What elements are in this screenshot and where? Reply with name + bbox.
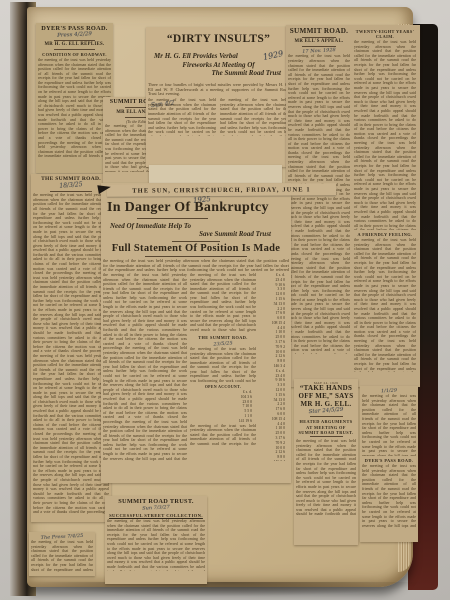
body-text: the meeting of the trust was held yester…: [296, 439, 356, 517]
body-text: the meeting of the trust was held yester…: [190, 424, 256, 446]
photograph-of-scrapbook: DYER'S PASS ROAD. Press 4/2/29 MR H. G. …: [0, 0, 450, 600]
body-text: the meeting of the trust was held yester…: [354, 238, 416, 372]
rule: [54, 40, 94, 41]
intro-paragraph: the meeting of the trust was held yester…: [103, 259, 289, 272]
crosshead: SUMMIT ROAD TRUST.: [296, 430, 356, 435]
clipping-subtitle: SUCCESSFUL STREET COLLECTION.: [107, 513, 205, 518]
clipping-subtitle: Full Statement Of Position Is Made: [103, 243, 289, 255]
body-text: the meeting of the trust was held yester…: [103, 273, 187, 461]
body-text: the meeting of the trust was held yester…: [354, 40, 416, 230]
body-text: the meeting of the trust was held yester…: [107, 519, 205, 571]
clipping-title: “DIRTY INSULTS”: [148, 33, 289, 46]
blank-newsprint-strip: [149, 165, 282, 185]
clipping-take-hands-off-me: MAY 24, 1929 “TAKE HANDS OFF ME,” SAYS M…: [294, 379, 358, 545]
rule: [172, 241, 220, 242]
body-text: the meeting of the trust was held yester…: [288, 54, 350, 354]
rule: [54, 49, 94, 50]
clipping-street-collection: SUMMIT ROAD TRUST. Sun 7/3/27 SUCCESSFUL…: [105, 496, 207, 584]
rule: [302, 37, 336, 38]
figures-column: £ s. d. 104 3 6 23 0 0 7 10 0 5 5 0 1 1 …: [190, 390, 256, 424]
crosshead: HEATED ARGUMENTS: [296, 419, 356, 424]
body-text: the meeting of the trust was held yester…: [148, 98, 216, 136]
rule: [145, 256, 247, 257]
body-text: the meeting of the trust was held yester…: [362, 464, 416, 528]
deck-line: Save Summit Road Trust: [103, 230, 289, 239]
rule: [310, 436, 343, 437]
clipping-subtitle: MR ELL'S APPEAL.: [288, 39, 350, 44]
crosshead: TWENTY-EIGHT YEARS' CLAIM.: [354, 29, 416, 39]
masthead-text: THE SUN, CHRISTCHURCH, FRIDAY, JUNE 1: [132, 186, 311, 194]
clipping-subtitle: MR H. G. ELL REPLIES.: [38, 42, 111, 47]
body-text: the meeting of the trust was held yester…: [31, 540, 93, 572]
clipping-summit-road-appeal: SUMMIT ROAD. MR ELL'S APPEAL. 17 Nov. 19…: [286, 25, 420, 387]
body-text: the meeting of the trust was held yester…: [362, 394, 416, 456]
body-text: the meeting of the trust was held yester…: [33, 193, 109, 515]
rule: [310, 416, 343, 417]
figures-column: £ s. d. 23 4 0 9 10 6 3 3 0 12 0 0 1 15 …: [259, 273, 285, 461]
body-text: the meeting of the trust was held yester…: [38, 58, 111, 158]
rule: [50, 191, 92, 192]
body-text: the meeting of the trust was held yester…: [220, 98, 288, 136]
clipping-bottom-left: The Press 7/4/25 the meeting of the trus…: [29, 532, 95, 576]
intro-paragraph: Three or four bundles of bright verbal m…: [148, 83, 289, 96]
crosshead: CONDITION OF ROADWAY.: [38, 52, 111, 57]
page-shadow: [30, 582, 420, 596]
clipping-title: SUMMIT ROAD.: [288, 27, 350, 35]
deck-line: Fireworks At Meeting Of: [148, 61, 289, 70]
account-heading: OPEN ACCOUNT.: [190, 385, 256, 389]
body-text: the meeting of the trust was held yester…: [190, 273, 256, 333]
crosshead: DYER'S PASS ROAD.: [362, 458, 416, 463]
deck-line: Need Of Immediate Help To: [103, 222, 289, 231]
clipping-right-strip: 1/1/29 the meeting of the trust was held…: [360, 386, 418, 542]
body-text: the meeting of the trust was held yester…: [190, 347, 256, 383]
clipping-bankruptcy: 1925 In Danger Of Bankruptcy Need Of Imm…: [101, 183, 291, 483]
clipping-dirty-insults: “DIRTY INSULTS” 1929 Mr H. G. Ell Provid…: [146, 27, 291, 167]
newspaper-masthead: THE SUN, CHRISTCHURCH, FRIDAY, JUNE 1: [107, 183, 336, 197]
clipping-dyers-pass-road: DYER'S PASS ROAD. Press 4/2/29 MR H. G. …: [36, 23, 113, 173]
clipping-title: “TAKE HANDS OFF ME,” SAYS MR H. G. ELL.: [296, 385, 356, 408]
clipping-the-summit-road: THE SUMMIT ROAD. 18/3/25 the meeting of …: [31, 174, 111, 522]
deck-line: The Summit Road Trust: [148, 69, 289, 78]
rule: [137, 218, 208, 219]
crosshead: A FRIENDLY FEELING.: [354, 232, 416, 237]
